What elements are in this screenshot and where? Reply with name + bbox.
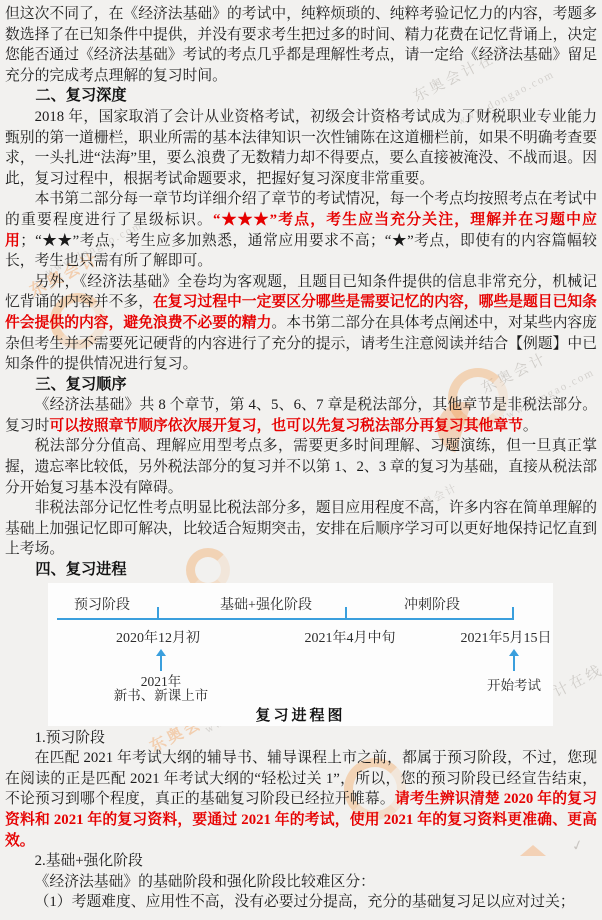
numbered-subheading: 2.基础+强化阶段 [5,851,597,872]
document-body: 但这次不同了，在《经济法基础》的考试中，纯粹烦琐的、纯粹考验记忆力的内容，考题多… [0,0,602,913]
paragraph: 另外，《经济法基础》全卷均为客观题，且题目已知条件提供的信息非常充分，机械记忆背… [5,272,597,375]
text-segment: 。 [523,418,538,434]
paragraph: 《经济法基础》共 8 个章节，第 4、5、6、7 章是税法部分，其他章节是非税法… [5,395,597,436]
section-heading: 四、复习进程 [5,560,597,581]
timeline-tick [512,607,514,620]
section-heading: 二、复习深度 [5,86,597,107]
section-heading: 三、复习顺序 [5,375,597,396]
timeline-tick [345,607,347,620]
text-segment: ；“★★”考点，考生应多加熟悉，通常应用要求不高；“★”考点，即使有的内容篇幅较… [5,233,597,270]
milestone-date-3: 2021年5月15日 [461,627,552,647]
timeline-axis [57,618,514,620]
paragraph: 《经济法基础》的基础阶段和强化阶段比较难区分： [5,872,597,893]
up-arrow-icon [160,656,162,671]
paragraph: 2018 年，国家取消了会计从业资格考试，初级会计资格考试成为了财税职业专业能力… [5,107,597,189]
paragraph: 但这次不同了，在《经济法基础》的考试中，纯粹烦琐的、纯粹考验记忆力的内容，考题多… [5,4,597,86]
text-segment: 2018 年，国家取消了会计从业资格考试，初级会计资格考试成为了财税职业专业能力… [5,109,597,187]
annotation-exam-start: 开始考试 [487,679,541,694]
diagram-caption: 复习进程图 [48,704,553,725]
scanned-book-page: 东奥会计在线 www.dongao.com www.dongao.com 东奥会… [0,0,602,920]
text-segment: （1）考题难度、应用性不高，没有必要过分提高，充分的基础复习足以应对过关； [35,894,575,910]
text-segment: 但这次不同了，在《经济法基础》的考试中，纯粹烦琐的、纯粹考验记忆力的内容，考题多… [5,6,597,84]
milestone-date-2: 2021年4月中旬 [305,627,396,647]
text-segment: 非税法部分记忆性考点明显比税法部分多，题目应用程度不高，许多内容在简单理解的基础… [5,500,597,557]
paragraph: （1）考题难度、应用性不高，没有必要过分提高，充分的基础复习足以应对过关； [5,892,597,913]
numbered-subheading: 1.预习阶段 [5,728,597,749]
timeline-tick [157,607,159,620]
text-segment: 《经济法基础》的基础阶段和强化阶段比较难区分： [35,874,375,890]
paragraph: 在匹配 2021 年考试大纲的辅导书、辅导课程上市之前，都属于预习阶段，不过，您… [5,748,597,851]
highlighted-text: 可以按照章节顺序依次展开复习，也可以先复习税法部分再复习其他章节 [49,418,523,434]
annotation-new-book-line1: 2021年 [114,675,209,690]
phase-label-preview: 预习阶段 [74,594,130,614]
paragraph: 税法部分分值高、理解应用型考点多，需要更多时间理解、习题演练，但一旦真正掌握，遗… [5,436,597,498]
paragraph: 非税法部分记忆性考点明显比税法部分多，题目应用程度不高，许多内容在简单理解的基础… [5,498,597,560]
annotation-new-book: 2021年 新书、新课上市 [114,675,209,704]
review-progress-diagram: 预习阶段 基础+强化阶段 冲刺阶段 2020年12月初 2021年4月中旬 20… [48,583,553,726]
up-arrow-icon [513,656,515,671]
paragraph: 本书第二部分每一章节均详细介绍了章节的考试情况，每一个考点均按照考点在考试中的重… [5,189,597,271]
text-segment: 税法部分分值高、理解应用型考点多，需要更多时间理解、习题演练，但一旦真正掌握，遗… [5,438,597,495]
phase-label-basic-intensive: 基础+强化阶段 [220,594,312,614]
annotation-new-book-line2: 新书、新课上市 [114,689,209,704]
milestone-date-1: 2020年12月初 [116,627,200,647]
phase-label-sprint: 冲刺阶段 [404,594,460,614]
